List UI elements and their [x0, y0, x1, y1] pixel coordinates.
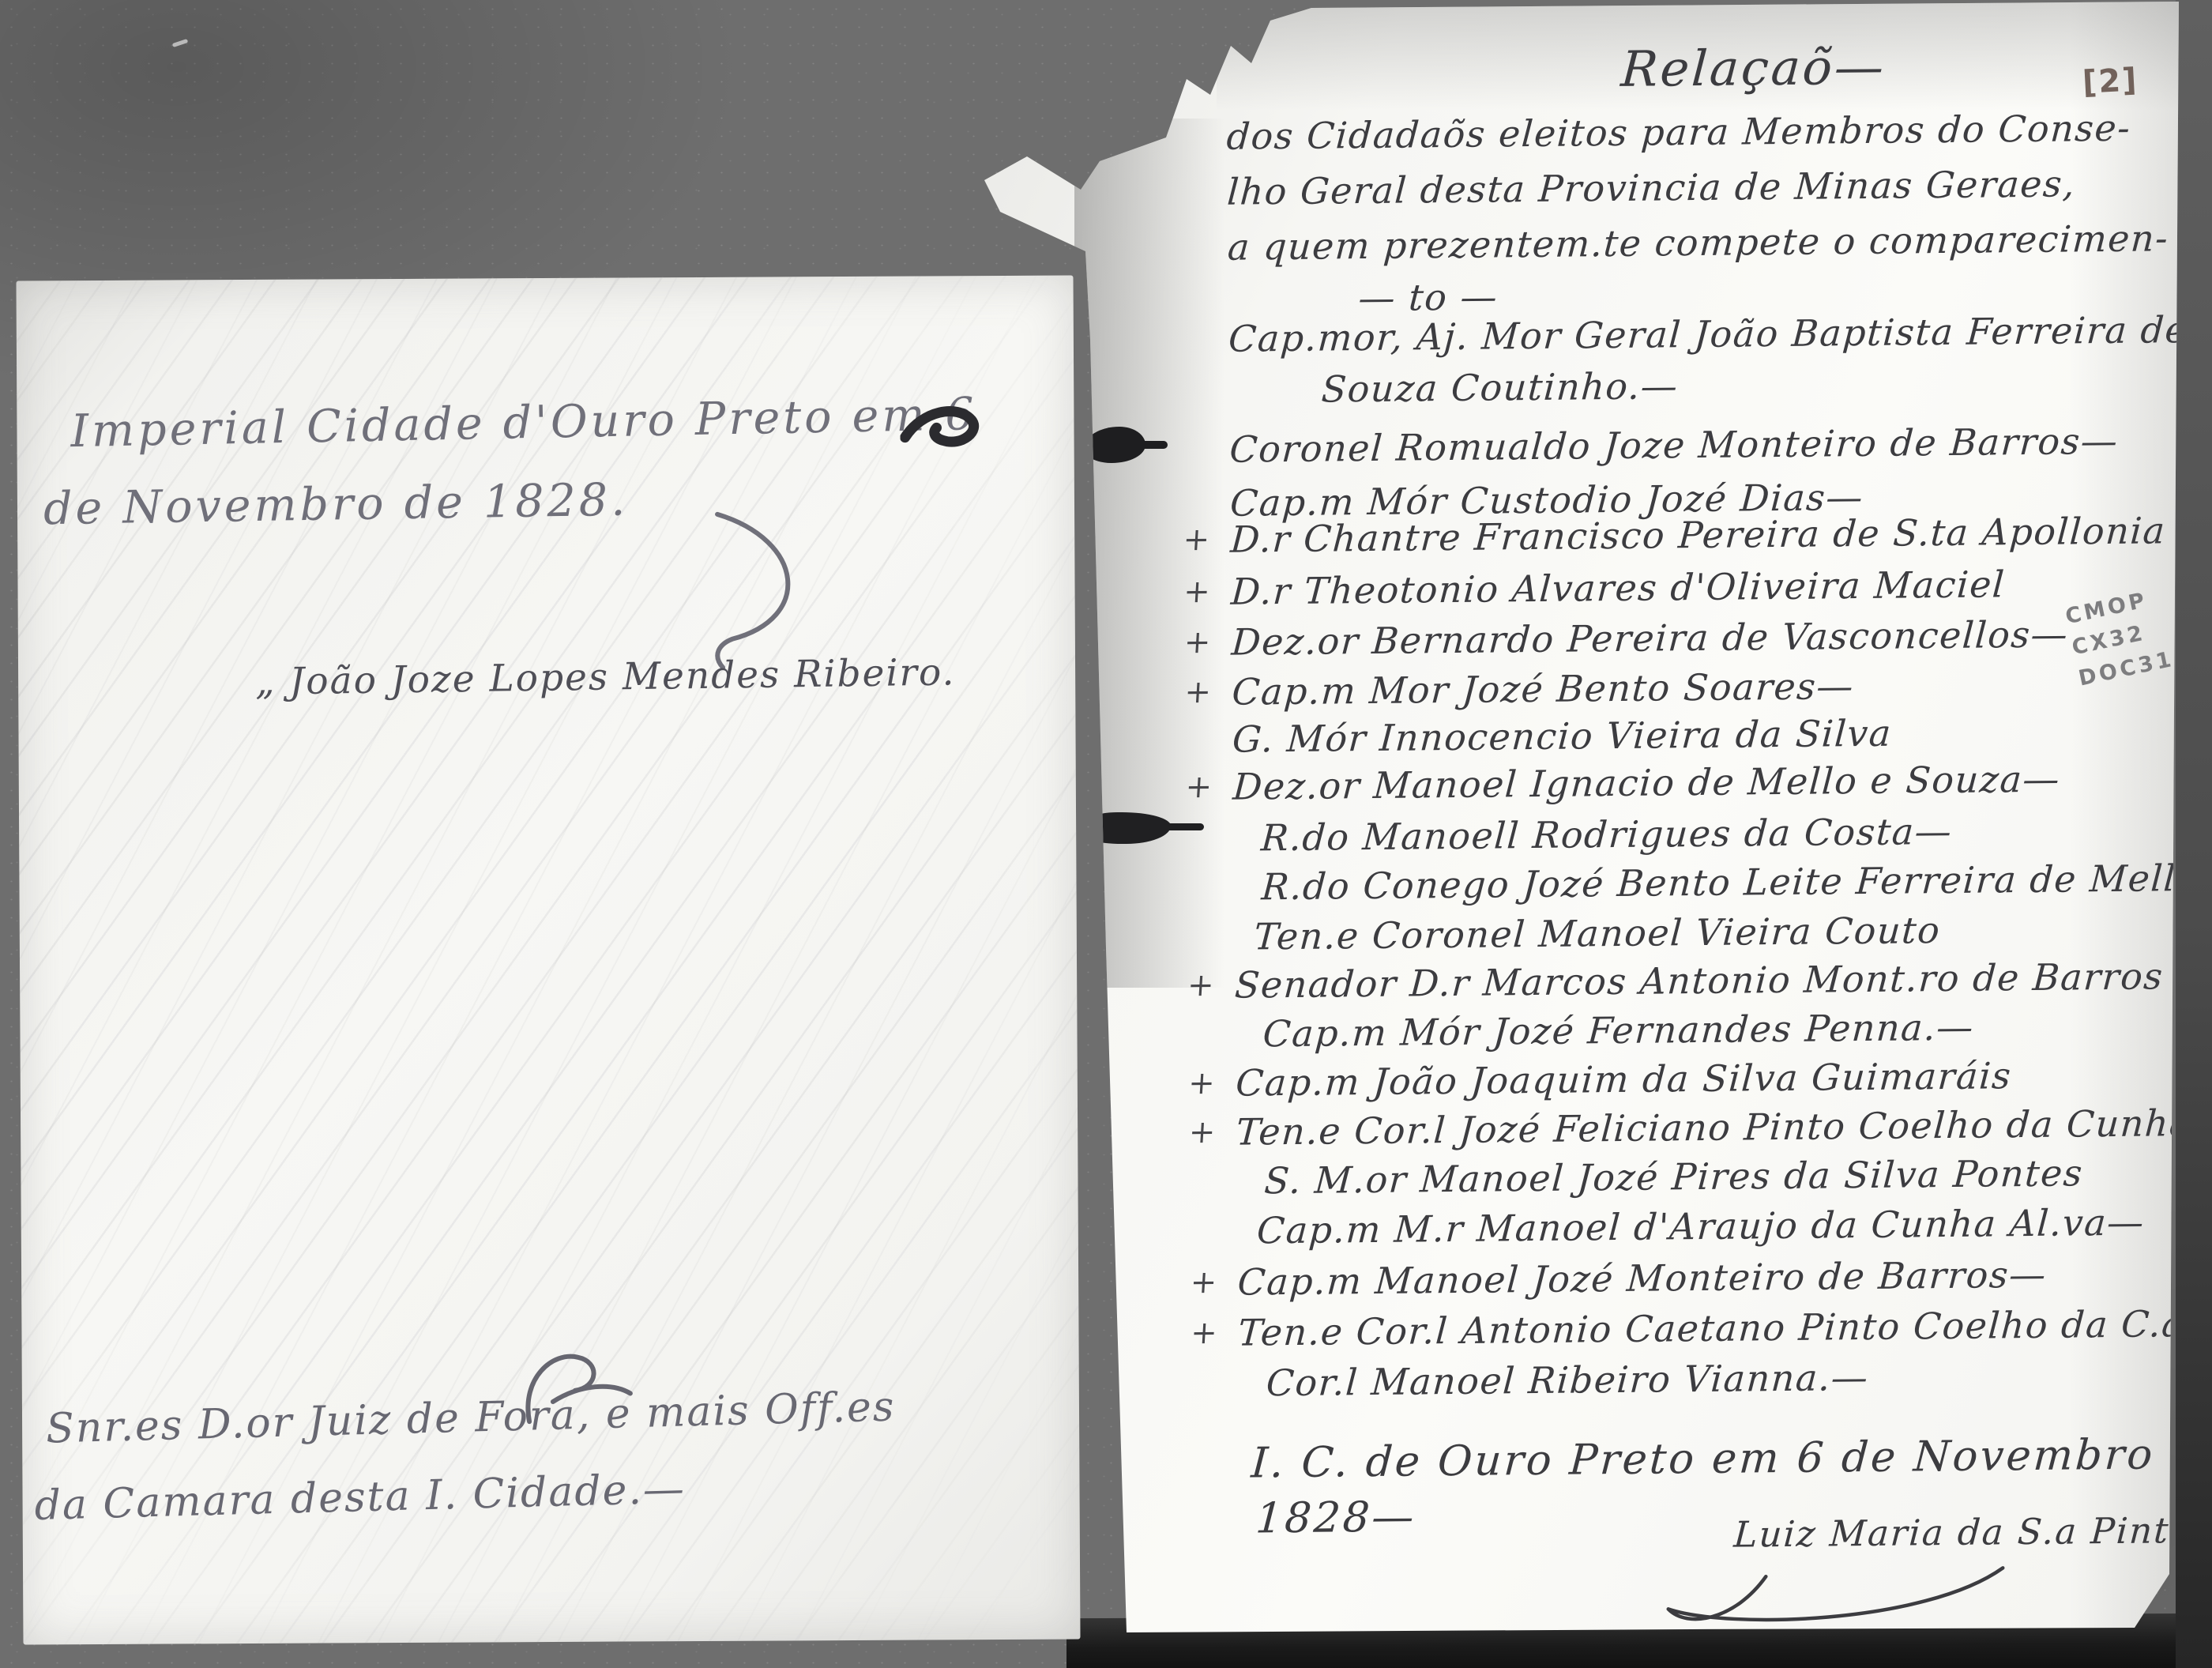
- margin-plus-mark: +: [1182, 521, 1212, 558]
- margin-plus-mark: +: [1183, 624, 1213, 661]
- list-entry: +Dez.or Bernardo Pereira de Vasconcellos…: [1230, 612, 2069, 663]
- intro-line-continuation: — to —: [1357, 275, 1499, 319]
- list-entry: +Cap.m Mor Jozé Bento Soares—: [1231, 665, 1856, 714]
- list-title: Relaçaõ—: [1619, 38, 1888, 98]
- list-entry: Souza Coutinho.—: [1320, 364, 1680, 410]
- left-dateline-line2: de Novembro de 1828.: [43, 474, 629, 536]
- margin-plus-mark: +: [1183, 574, 1213, 610]
- right-manuscript-page: [2] CMOP CX32 DOC31 Relaçaõ— dos Cidadaõ…: [980, 0, 2182, 1632]
- left-manuscript-page: Imperial Cidade d'Ouro Preto em 6 de Nov…: [16, 276, 1080, 1645]
- signature: Luiz Maria da S.a Pinto: [1732, 1509, 2194, 1556]
- margin-plus-mark: +: [1183, 674, 1213, 710]
- scan-scratch-mark: [172, 39, 189, 47]
- signature-flourish-icon: [1592, 1550, 2051, 1634]
- addressee-name: „ João Joze Lopes Mendes Ribeiro.: [255, 650, 956, 703]
- list-entry: G. Mór Innocencio Vieira da Silva: [1231, 712, 1893, 761]
- closing-dateline-line1: I. C. de Ouro Preto em 6 de Novembro de: [1250, 1430, 2212, 1488]
- margin-plus-mark: +: [1190, 1315, 1220, 1351]
- right-page-text: Relaçaõ— dos Cidadaõs eleitos para Membr…: [976, 0, 2195, 1638]
- list-entry: +D.r Theotonio Alvares d'Oliveira Maciel: [1230, 563, 2007, 612]
- margin-plus-mark: +: [1184, 769, 1214, 805]
- margin-plus-mark: +: [1187, 1065, 1217, 1101]
- list-entry: Ten.e Coronel Manoel Vieira Couto: [1253, 909, 1942, 958]
- list-entry: +Ten.e Cor.l Antonio Caetano Pinto Coelh…: [1237, 1302, 2186, 1354]
- addressee-footer-line1: Snr.es D.or Juiz de Fora, e mais Off.es: [45, 1383, 896, 1452]
- list-entry: +Senador D.r Marcos Antonio Mont.ro de B…: [1233, 954, 2165, 1006]
- list-entry: +Cap.m João Joaquim da Silva Guimaráis: [1235, 1054, 2013, 1104]
- intro-line: lho Geral desta Provincia de Minas Gerae…: [1226, 162, 2077, 213]
- list-entry: Coronel Romualdo Joze Monteiro de Barros…: [1228, 420, 2120, 471]
- intro-line: dos Cidadaõs eleitos para Membros do Con…: [1225, 107, 2132, 158]
- list-entry: +Ten.e Cor.l Jozé Feliciano Pinto Coelho…: [1235, 1101, 2193, 1154]
- list-entry: +Dez.or Manoel Ignacio de Mello e Souza—: [1232, 758, 2062, 808]
- scanned-document: Imperial Cidade d'Ouro Preto em 6 de Nov…: [0, 0, 2212, 1668]
- list-entry: R.do Conego Jozé Bento Leite Ferreira de…: [1260, 857, 2201, 908]
- list-entry: +D.r Chantre Francisco Pereira de S.ta A…: [1229, 509, 2167, 560]
- list-entry: R.do Manoell Rodrigues da Costa—: [1260, 810, 1954, 859]
- list-entry: Cap.m Mór Jozé Fernandes Penna.—: [1262, 1006, 1975, 1056]
- scan-edge-strip: [2176, 0, 2212, 1668]
- list-entry: Cap.m M.r Manoel d'Araujo da Cunha Al.va…: [1255, 1201, 2146, 1252]
- list-entry: S. M.or Manoel Jozé Pires da Silva Ponte…: [1263, 1151, 2085, 1202]
- addressee-footer-line2: da Camara desta I. Cidade.—: [34, 1465, 687, 1530]
- margin-plus-mark: +: [1189, 1264, 1219, 1301]
- margin-plus-mark: +: [1187, 967, 1217, 1003]
- intro-line: a quem prezentem.te compete o comparecim…: [1227, 217, 2170, 268]
- margin-plus-mark: +: [1188, 1114, 1218, 1150]
- ink-flourish-icon: [900, 401, 987, 463]
- closing-dateline-line2: 1828—: [1255, 1493, 1418, 1542]
- left-dateline-line1: Imperial Cidade d'Ouro Preto em 6: [70, 388, 977, 457]
- list-entry: Cor.l Manoel Ribeiro Vianna.—: [1265, 1356, 1870, 1404]
- closing-bracket-flourish-icon: [703, 507, 846, 674]
- list-entry: +Cap.m Manoel Jozé Monteiro de Barros—: [1236, 1253, 2048, 1304]
- list-entry: Cap.mor, Aj. Mor Geral João Baptista Fer…: [1228, 308, 2189, 360]
